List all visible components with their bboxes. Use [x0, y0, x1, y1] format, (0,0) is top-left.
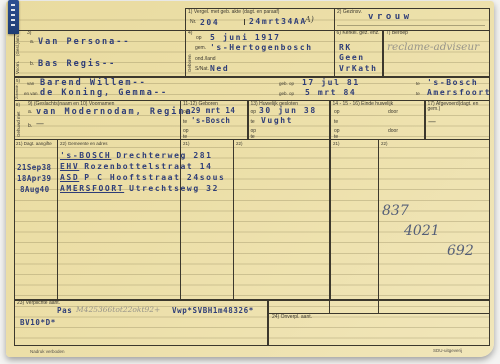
- spouse-section-number: 8): [16, 102, 20, 107]
- handwritten-number-1: 837: [382, 203, 409, 219]
- father-birthplace-value: 's-Bosch: [427, 78, 478, 87]
- surname-prefix: a.: [30, 40, 34, 46]
- parents-side-label: Zoon/dr.: [15, 83, 20, 99]
- removed-header: 17) Afgevoerd(dagt. en gem.): [428, 102, 486, 114]
- firstnames-prefix: b.: [30, 62, 34, 68]
- marriage-date: 30 jun 38: [259, 106, 317, 115]
- cert-number-value: 204: [200, 18, 219, 27]
- father-van-label: van: [27, 81, 34, 86]
- table-header-address-2: 22): [236, 141, 243, 146]
- address-row-2-street: Rozenbottelstraat 14: [84, 162, 212, 171]
- mother-van-label: en van: [24, 91, 38, 96]
- spouse-birth-te-label: te: [183, 120, 187, 126]
- mandatory-notes-label: 23) Verplichte aant.: [17, 301, 60, 307]
- address-row-4-street: Utrechtsewg 32: [129, 184, 219, 193]
- birth-date-value: 5 juni 1917: [210, 33, 281, 42]
- copyright-notice: Nadruk verboden: [30, 349, 65, 354]
- nationality-value: Ned: [210, 64, 229, 73]
- name-section-number: 3): [27, 31, 31, 37]
- table-col-address-2: [233, 139, 331, 301]
- table-col-address-3: [378, 139, 490, 301]
- address-row-4-city: AMERSFOORT: [60, 184, 124, 193]
- address-row-1: 's-BOSCHDrechterweg 281: [60, 151, 213, 160]
- mother-birthplace-value: Amersfoort: [427, 88, 491, 97]
- profession-label: 7) Beroep: [386, 31, 408, 37]
- date-row-2: 21Sep38: [17, 163, 51, 172]
- address-row-1-street: Drechterweg 281: [116, 151, 212, 160]
- birth-country-label: ond./land: [195, 57, 216, 63]
- table-header-address-3: 22): [381, 141, 388, 146]
- firstnames-value: Bas Regis--: [38, 59, 116, 69]
- end-te-label: te: [334, 120, 338, 126]
- birth-cert-check-label: 1) Vergel. met geb. akte (dagt. en paraa…: [188, 10, 279, 16]
- spouse-name-value: van Modernodam, Regina: [36, 107, 193, 117]
- spouse-row-a-prefix: a.: [28, 110, 32, 116]
- mother-birthdate-value: 5 mrt 84: [305, 88, 356, 97]
- separator-tick: [244, 19, 245, 25]
- scanned-person-card-page: 1) Vergel. met geb. akte (dagt. en paraa…: [0, 0, 500, 364]
- blue-index-tab: [8, 0, 19, 34]
- mother-birthdate-label: geb. op: [279, 91, 294, 96]
- father-name-value: Barend Willem--: [40, 78, 147, 88]
- birth-municipality-value: 's-Hertogenbosch: [210, 43, 313, 52]
- spouse-side-label: Gehuwd met: [16, 107, 21, 137]
- birth-section-number: 4): [188, 31, 192, 37]
- address-row-2: EHVRozenbottelstraat 14: [60, 162, 213, 171]
- paraaf-initials: A): [305, 15, 314, 24]
- birth-side-label: Geboren: [187, 38, 192, 72]
- mother-name-value: de Koning, Gemma--: [40, 88, 168, 98]
- date-row-3: 18Apr39: [17, 174, 51, 183]
- table-header-address-1: 22) Gemeente en adres: [60, 141, 108, 146]
- father-birthdate-label: geb. op: [279, 81, 294, 86]
- address-row-3-city: ASD: [60, 173, 79, 182]
- mandatory-code-2: BV10*D*: [20, 318, 56, 327]
- church-value-1: RK: [339, 43, 352, 52]
- publisher-mark: SDU-uitgeverij: [433, 348, 462, 353]
- nr-label: Nr.: [190, 20, 196, 26]
- optional-notes-label: 24) Onverpl. aant.: [272, 315, 312, 321]
- marriage-op-label: op: [251, 110, 257, 116]
- table-header-date-2: 21): [183, 141, 190, 146]
- handwritten-number-2: 4021: [404, 223, 440, 239]
- nationality-label: S/Nat.: [195, 67, 209, 73]
- spouse-birth-op-label: op: [183, 110, 189, 116]
- address-row-4: AMERSFOORTUtrechtsewg 32: [60, 184, 219, 193]
- marriage-place: Vught: [261, 116, 293, 125]
- family-position-value: vrouw: [368, 12, 413, 22]
- end-door-label: door: [388, 110, 398, 116]
- surname-side-label: (Gesl.)nm.: [15, 34, 20, 56]
- father-birthdate-value: 17 jul 81: [302, 78, 360, 87]
- church-label: 6) Kerkel. gez. enz.: [337, 31, 381, 37]
- mandatory-code-1: Vwp*SVBH1m48326*: [172, 306, 254, 315]
- address-row-2-city: EHV: [60, 162, 79, 171]
- family-position-label: 2) Gezinsv.: [337, 10, 362, 16]
- spouse-birth-place: 's-Bosch: [191, 116, 230, 125]
- address-row-1-city: 's-BOSCH: [60, 151, 111, 160]
- end-op-label: op: [334, 110, 340, 116]
- passport-handwritten-number: M425366tot22okt92+: [76, 305, 160, 314]
- spouse-row-b-prefix: b.: [28, 124, 32, 130]
- marriage-te2-label: te: [251, 135, 255, 141]
- birth-municipality-label: gem.: [195, 46, 206, 52]
- removed-dash: —: [428, 117, 436, 126]
- church-value-3: VrKath: [339, 64, 378, 73]
- spouse-birth-date: 29 mrt 14: [191, 106, 235, 115]
- marriage-te-label: te: [251, 120, 255, 126]
- address-row-3: ASDP C Hooftstraat 24sous: [60, 173, 225, 182]
- mother-birthplace-label: te: [416, 91, 420, 96]
- handwritten-number-3: 692: [447, 243, 474, 259]
- birth-date-label: op: [196, 36, 202, 42]
- profession-value: reclame-adviseur: [387, 41, 479, 53]
- cert-date-value: 24mrt34AA: [249, 17, 307, 26]
- table-header-date-3: 21): [333, 141, 340, 146]
- field-underline: [337, 25, 485, 26]
- marriage-end-header: 14 - 15 - 16) Einde huwelijk: [333, 102, 394, 108]
- spouse-row-b-dash: —: [36, 119, 44, 128]
- firstnames-side-label: Voorn.: [15, 58, 20, 74]
- table-col-date-3: [329, 139, 379, 301]
- date-row-4: 8Aug40: [20, 185, 50, 194]
- father-birthplace-label: te: [416, 81, 420, 86]
- table-header-date-1: 21) Dagt. aangifte: [16, 141, 52, 146]
- passport-typed-prefix: Pas: [57, 306, 72, 315]
- church-value-2: Geen: [339, 53, 365, 62]
- surname-value: Van Persona--: [38, 37, 131, 47]
- address-row-3-street: P C Hooftstraat 24sous: [84, 173, 225, 182]
- end-door2-label: door: [388, 129, 398, 135]
